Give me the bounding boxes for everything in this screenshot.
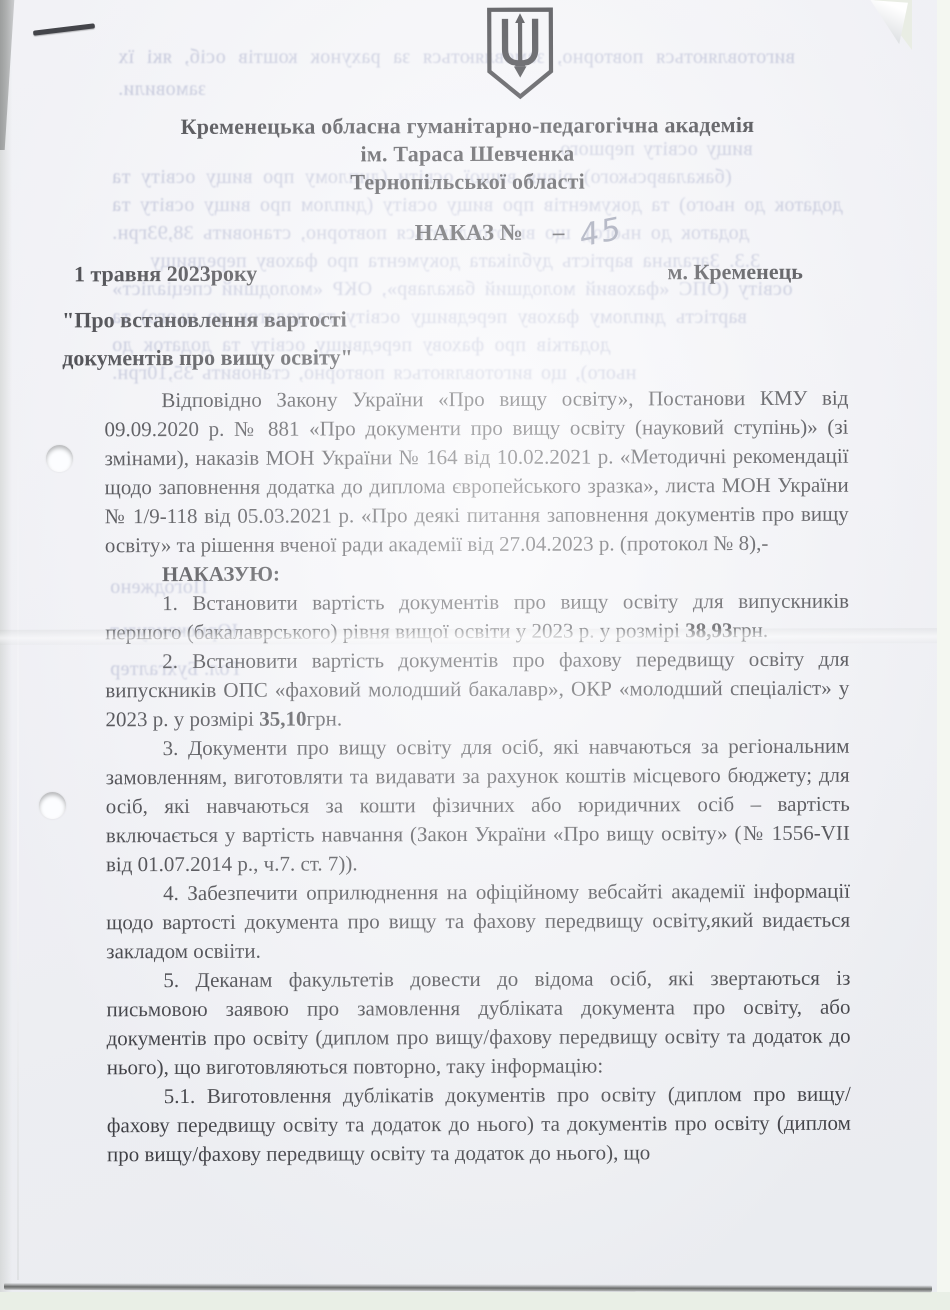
- price-value: 35,10: [259, 707, 306, 731]
- item-1: 1. Встановити вартість документів про ви…: [105, 587, 849, 648]
- date-place-row: 1 травня 2023року м. Кременець: [0, 258, 936, 287]
- document-page: виготовляються повторно, замовляються за…: [0, 0, 937, 1292]
- paragraph-text: 5.1. Виготовлення дублікатів документів …: [107, 1082, 851, 1167]
- item-5-1: 5.1. Виготовлення дублікатів документів …: [107, 1080, 851, 1170]
- org-name-line-1: Кременецька обласна гуманітарно-педагогі…: [52, 111, 882, 142]
- order-content: Кременецька обласна гуманітарно-педагогі…: [0, 0, 937, 1170]
- order-dash: –: [553, 220, 565, 246]
- paragraph-text: грн.: [306, 706, 342, 730]
- punch-hole-bottom: [39, 792, 66, 819]
- document-header: Кременецька обласна гуманітарно-педагогі…: [0, 0, 936, 378]
- intro-paragraph: Відповідно Закону України «Про вищу осві…: [104, 384, 849, 561]
- order-date: 1 травня 2023року: [74, 261, 257, 288]
- order-body: Відповідно Закону України «Про вищу осві…: [104, 384, 851, 1170]
- org-name-line-2: ім. Тараса Шевченка: [52, 139, 882, 170]
- order-title-row: НАКАЗ №–45: [50, 210, 937, 249]
- order-place: м. Кременець: [667, 259, 803, 285]
- punch-hole-top: [46, 445, 73, 472]
- scanner-right-strip: [937, 0, 950, 1292]
- item-5: 5. Деканам факультетів довести до відома…: [106, 964, 850, 1083]
- tryzub-icon: [485, 6, 555, 102]
- paragraph-text: грн.: [732, 618, 768, 642]
- resolve-heading: НАКАЗУЮ:: [105, 558, 849, 590]
- subject-line-2: документів про вищу освіту": [62, 336, 936, 377]
- paragraph-text: 5. Деканам факультетів довести до відома…: [106, 966, 850, 1080]
- vertical-crease: [17, 420, 19, 1280]
- paragraph-text: 3. Документи про вищу освіту для осіб, я…: [106, 734, 850, 877]
- left-edge-shadow: [0, 0, 12, 1292]
- price-value: НАКАЗУЮ:: [162, 562, 280, 586]
- order-number-handwritten: 45: [576, 211, 626, 255]
- item-4: 4. Забезпечити оприлюднення на офіційном…: [106, 877, 850, 967]
- org-name-line-3: Тернопільської області: [53, 167, 883, 198]
- organization-name: Кременецька обласна гуманітарно-педагогі…: [52, 111, 882, 198]
- ukraine-trident-emblem: [485, 6, 555, 102]
- order-label: НАКАЗ №: [415, 220, 523, 245]
- paragraph-text: 2. Встановити вартість документів про фа…: [105, 647, 849, 732]
- order-subject: "Про встановлення вартості документів пр…: [62, 298, 936, 377]
- item-3: 3. Документи про вищу освіту для осіб, я…: [106, 732, 851, 880]
- subject-line-1: "Про встановлення вартості: [62, 298, 936, 339]
- item-2: 2. Встановити вартість документів про фа…: [105, 645, 849, 735]
- paragraph-text: 4. Забезпечити оприлюднення на офіційном…: [106, 879, 850, 964]
- scanner-bottom-strip: [0, 1292, 950, 1310]
- paragraph-text: Відповідно Закону України «Про вищу осві…: [104, 386, 848, 558]
- price-value: 38,93: [685, 618, 732, 642]
